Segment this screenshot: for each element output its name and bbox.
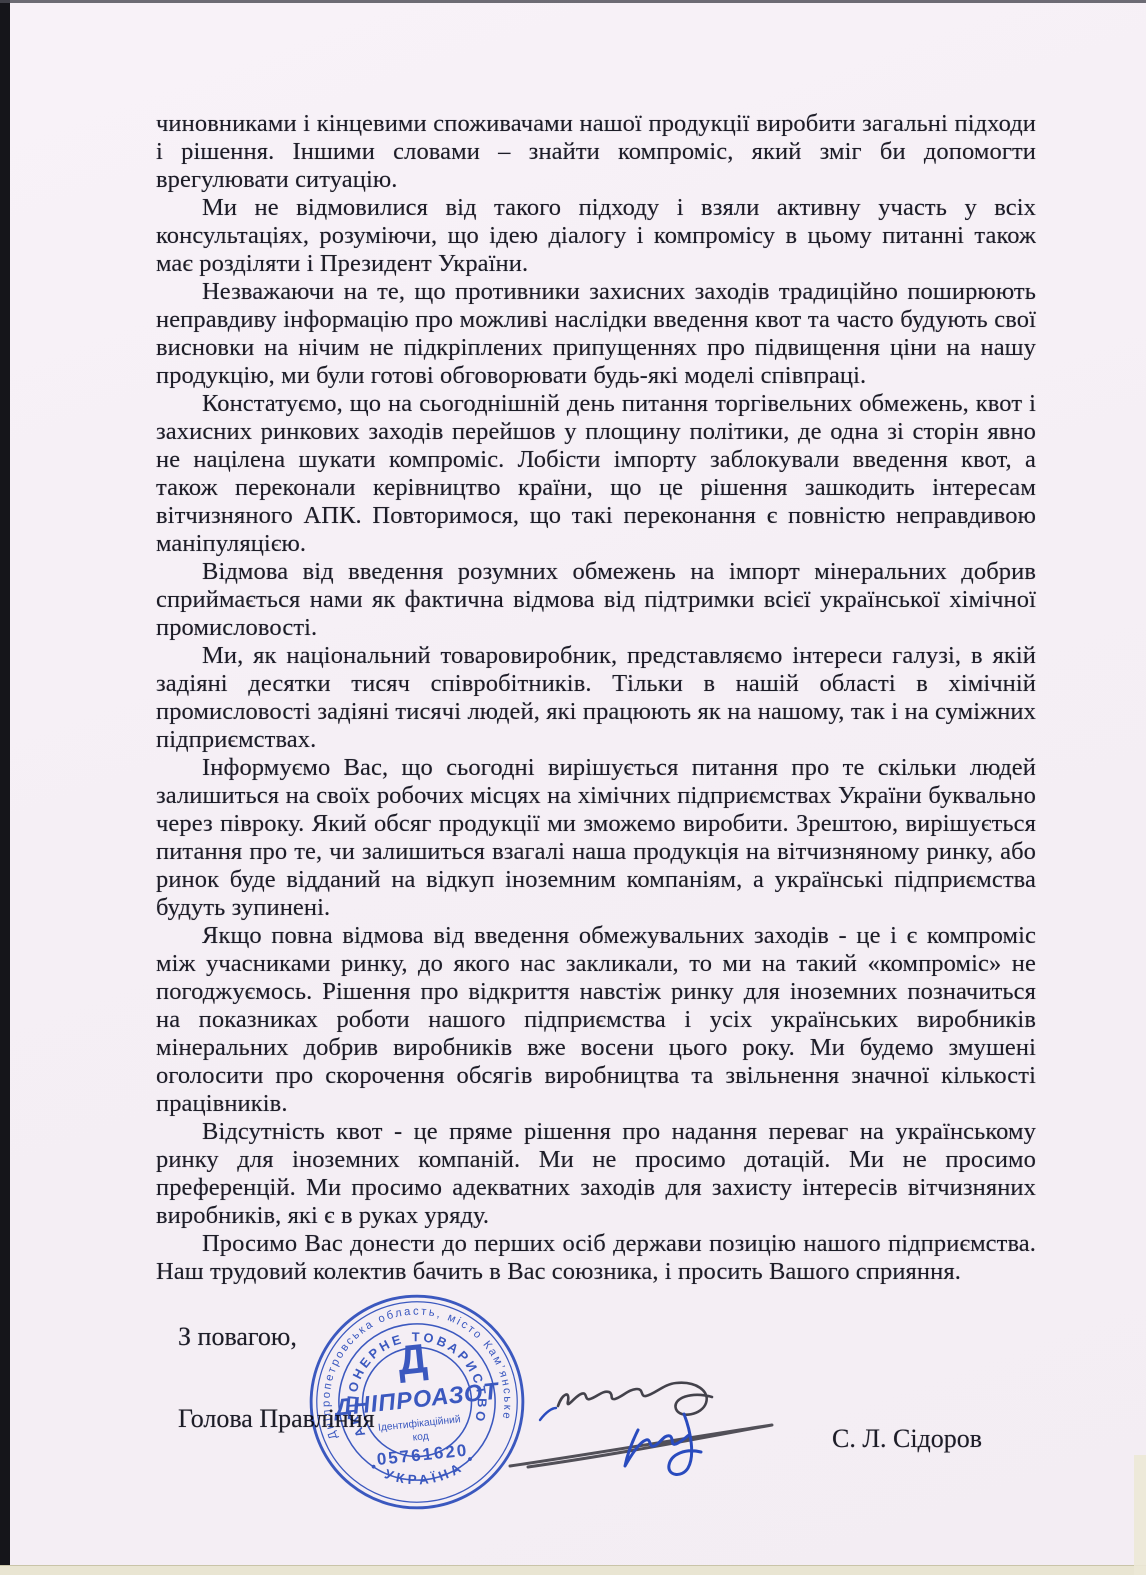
- signature-stroke-underline: [510, 1425, 772, 1467]
- signature-stroke-blue-flick: [540, 1408, 556, 1420]
- letter-paragraph-1: чиновниками і кінцевими споживачами нашо…: [156, 110, 1036, 194]
- closing-salutation: З повагою,: [178, 1322, 297, 1352]
- letter-paragraph-6: Ми, як національний товаровиробник, пред…: [156, 642, 1036, 754]
- letter-body: чиновниками і кінцевими споживачами нашо…: [156, 110, 1036, 1286]
- letter-paragraph-7: Інформуємо Вас, що сьогодні вирішується …: [156, 754, 1036, 922]
- letter-paragraph-9: Відсутність квот - це пряме рішення про …: [156, 1118, 1036, 1230]
- signatory-name: С. Л. Сідоров: [832, 1424, 982, 1454]
- letter-paragraph-5: Відмова від введення розумних обмежень н…: [156, 558, 1036, 642]
- letter-paragraph-4: Констатуємо, що на сьогоднішній день пит…: [156, 390, 1036, 558]
- handwritten-signature: [500, 1368, 800, 1483]
- company-stamp: Дніпропетровська область, місто Кам’янсь…: [295, 1280, 539, 1524]
- scanner-bed-strip-right: [1134, 1455, 1146, 1575]
- letter-paragraph-2: Ми не відмовилися від такого підходу і в…: [156, 194, 1036, 278]
- scan-edge-left: [0, 0, 10, 1575]
- stamp-id-label-line2: код: [412, 1431, 429, 1444]
- scanned-letter-page: чиновниками і кінцевими споживачами нашо…: [0, 0, 1146, 1575]
- stamp-logo-letter: Д: [396, 1335, 430, 1384]
- letter-paragraph-10: Просимо Вас донести до перших осіб держа…: [156, 1230, 1036, 1286]
- stamp-id-label-line1: Ідентифікаційний: [377, 1413, 461, 1434]
- scanner-bed-strip-bottom: [0, 1565, 1146, 1575]
- letter-paragraph-3: Незважаючи на те, що противники захисних…: [156, 278, 1036, 390]
- scan-edge-top: [0, 0, 1146, 3]
- letter-paragraph-8: Якщо повна відмова від введення обмежува…: [156, 922, 1036, 1118]
- signature-stroke-gray-scrawl: [558, 1383, 712, 1415]
